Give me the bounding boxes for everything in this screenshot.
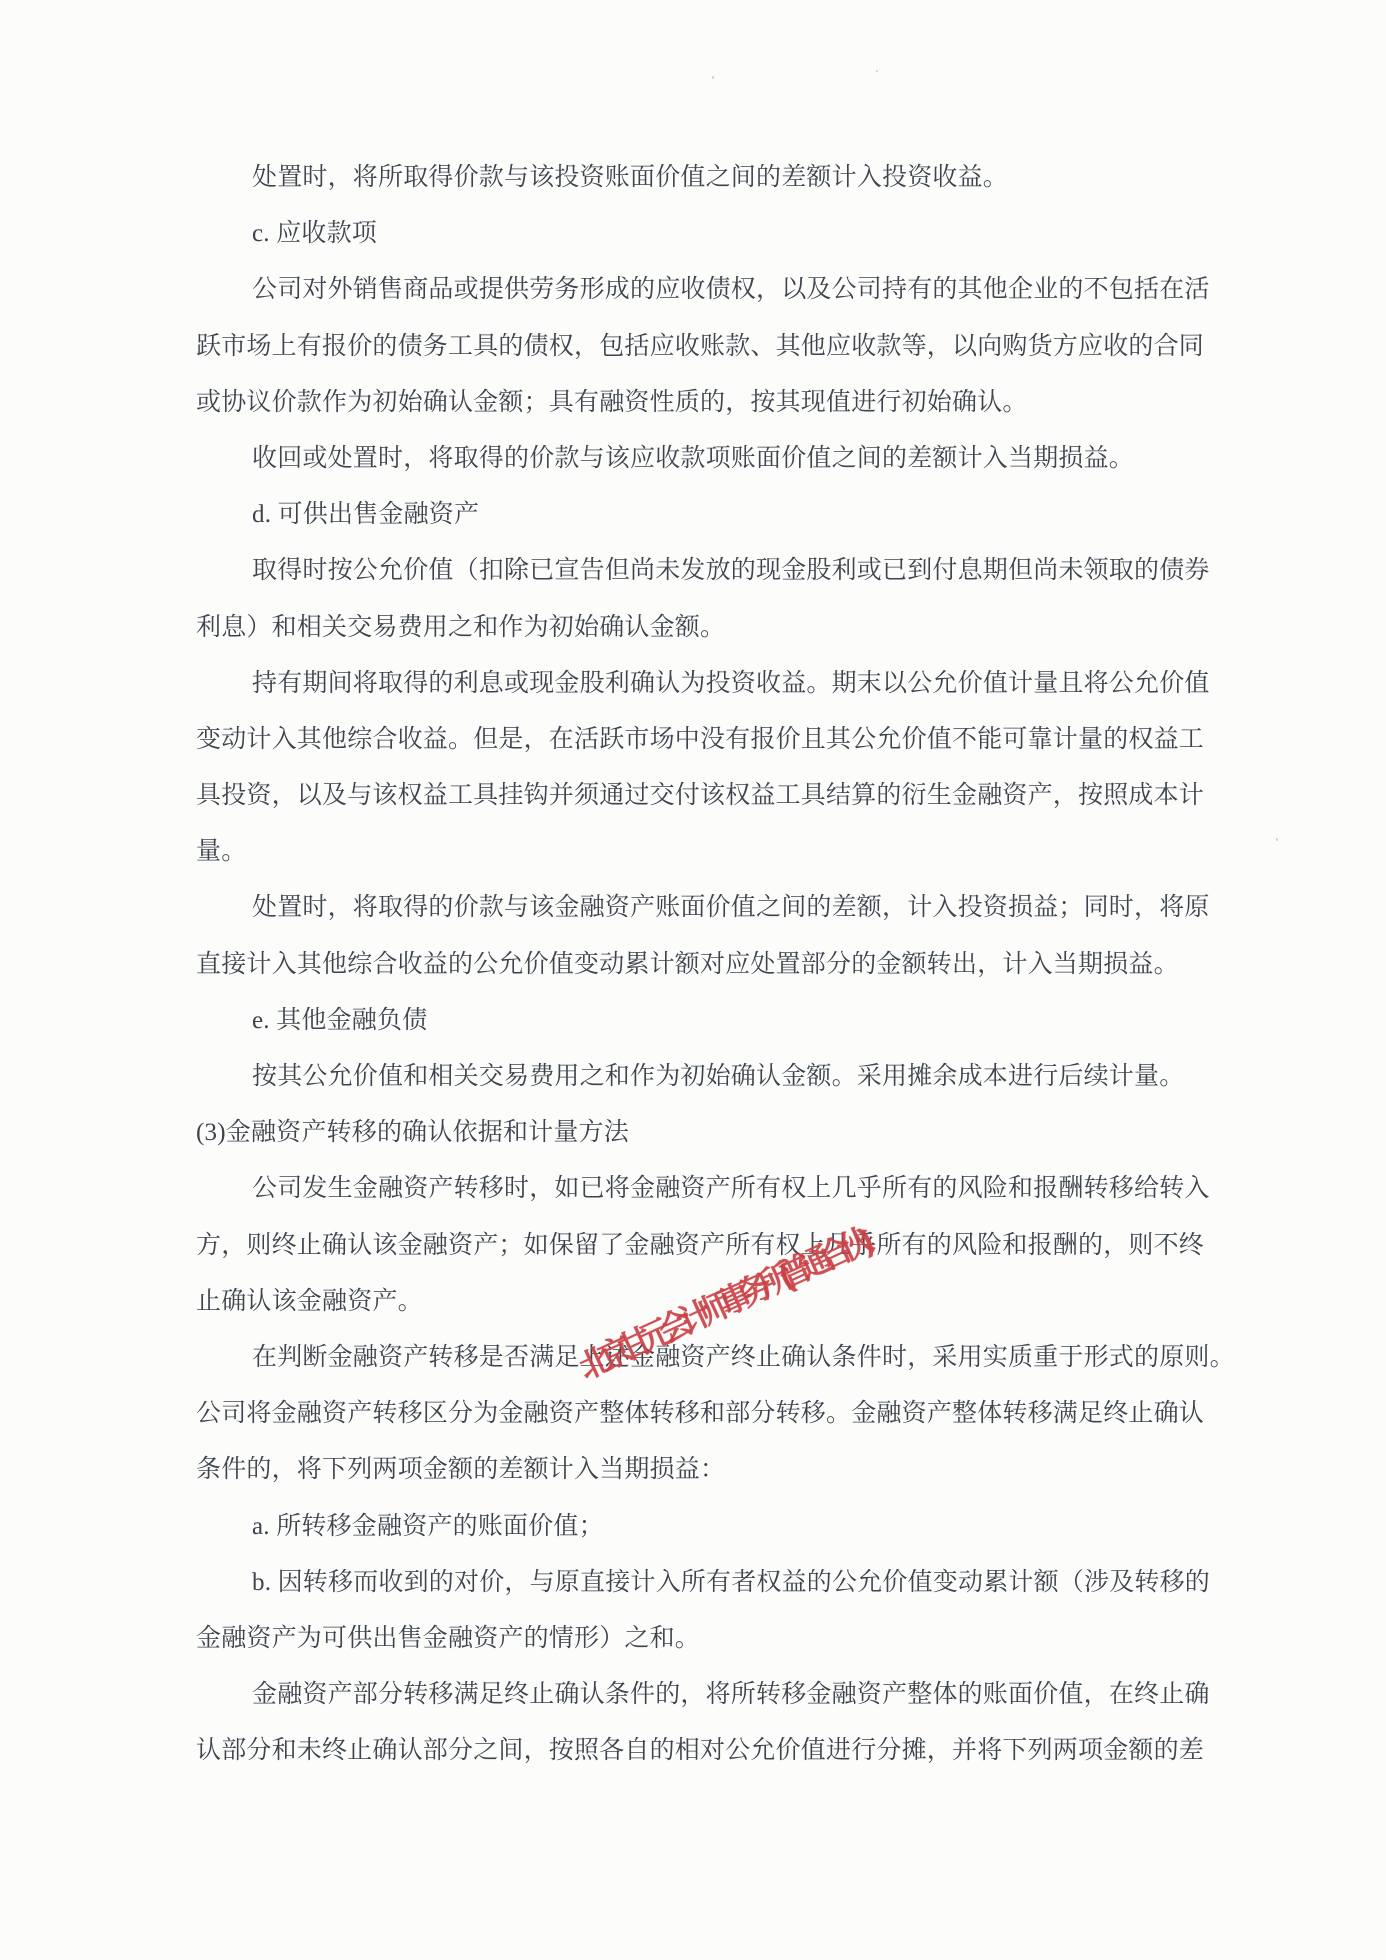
text-line: 公司对外销售商品或提供劳务形成的应收债权，以及公司持有的其他企业的不包括在活: [196, 262, 1200, 318]
text-line: 条件的，将下列两项金额的差额计入当期损益：: [196, 1442, 1200, 1498]
text-line: 收回或处置时，将取得的价款与该应收款项账面价值之间的差额计入当期损益。: [196, 431, 1200, 487]
text-line: 直接计入其他综合收益的公允价值变动累计额对应处置部分的金额转出，计入当期损益。: [196, 937, 1200, 993]
text-line: (3)金融资产转移的确认依据和计量方法: [196, 1105, 1200, 1161]
text-line: 止确认该金融资产。: [196, 1274, 1200, 1330]
text-line: 按其公允价值和相关交易费用之和作为初始确认金额。采用摊余成本进行后续计量。: [196, 1049, 1200, 1105]
text-line: d. 可供出售金融资产: [196, 487, 1200, 543]
text-line: 在判断金融资产转移是否满足上述金融资产终止确认条件时，采用实质重于形式的原则。: [196, 1330, 1200, 1386]
text-line: a. 所转移金融资产的账面价值；: [196, 1499, 1200, 1555]
text-line: 变动计入其他综合收益。但是，在活跃市场中没有报价且其公允价值不能可靠计量的权益工: [196, 712, 1200, 768]
text-line: 具投资，以及与该权益工具挂钩并须通过交付该权益工具结算的衍生金融资产，按照成本计: [196, 768, 1200, 824]
text-line: 方，则终止确认该金融资产；如保留了金融资产所有权上几乎所有的风险和报酬的，则不终: [196, 1218, 1200, 1274]
text-line: 公司发生金融资产转移时，如已将金融资产所有权上几乎所有的风险和报酬转移给转入: [196, 1161, 1200, 1217]
document-page: 处置时，将所取得价款与该投资账面价值之间的差额计入投资收益。c. 应收款项公司对…: [0, 0, 1386, 1960]
text-line: 金融资产部分转移满足终止确认条件的，将所转移金融资产整体的账面价值，在终止确: [196, 1667, 1200, 1723]
page-content: 处置时，将所取得价款与该投资账面价值之间的差额计入投资收益。c. 应收款项公司对…: [196, 150, 1200, 1779]
text-line: 认部分和未终止确认部分之间，按照各自的相对公允价值进行分摊，并将下列两项金额的差: [196, 1723, 1200, 1779]
text-line: 金融资产为可供出售金融资产的情形）之和。: [196, 1611, 1200, 1667]
text-line: 公司将金融资产转移区分为金融资产整体转移和部分转移。金融资产整体转移满足终止确认: [196, 1386, 1200, 1442]
text-line: 跃市场上有报价的债务工具的债权，包括应收账款、其他应收款等，以向购货方应收的合同: [196, 319, 1200, 375]
text-line: 处置时，将所取得价款与该投资账面价值之间的差额计入投资收益。: [196, 150, 1200, 206]
text-line: b. 因转移而收到的对价，与原直接计入所有者权益的公允价值变动累计额（涉及转移的: [196, 1555, 1200, 1611]
text-line: 取得时按公允价值（扣除已宣告但尚未发放的现金股利或已到付息期但尚未领取的债券: [196, 543, 1200, 599]
scan-speck: [712, 76, 714, 79]
text-line: 利息）和相关交易费用之和作为初始确认金额。: [196, 600, 1200, 656]
text-line: 持有期间将取得的利息或现金股利确认为投资收益。期末以公允价值计量且将公允价值: [196, 656, 1200, 712]
scan-speck: [876, 70, 878, 72]
scan-speck: [1276, 838, 1278, 841]
text-line: c. 应收款项: [196, 206, 1200, 262]
text-line: e. 其他金融负债: [196, 993, 1200, 1049]
text-line: 量。: [196, 824, 1200, 880]
text-line: 处置时，将取得的价款与该金融资产账面价值之间的差额，计入投资损益；同时，将原: [196, 880, 1200, 936]
text-line: 或协议价款作为初始确认金额；具有融资性质的，按其现值进行初始确认。: [196, 375, 1200, 431]
